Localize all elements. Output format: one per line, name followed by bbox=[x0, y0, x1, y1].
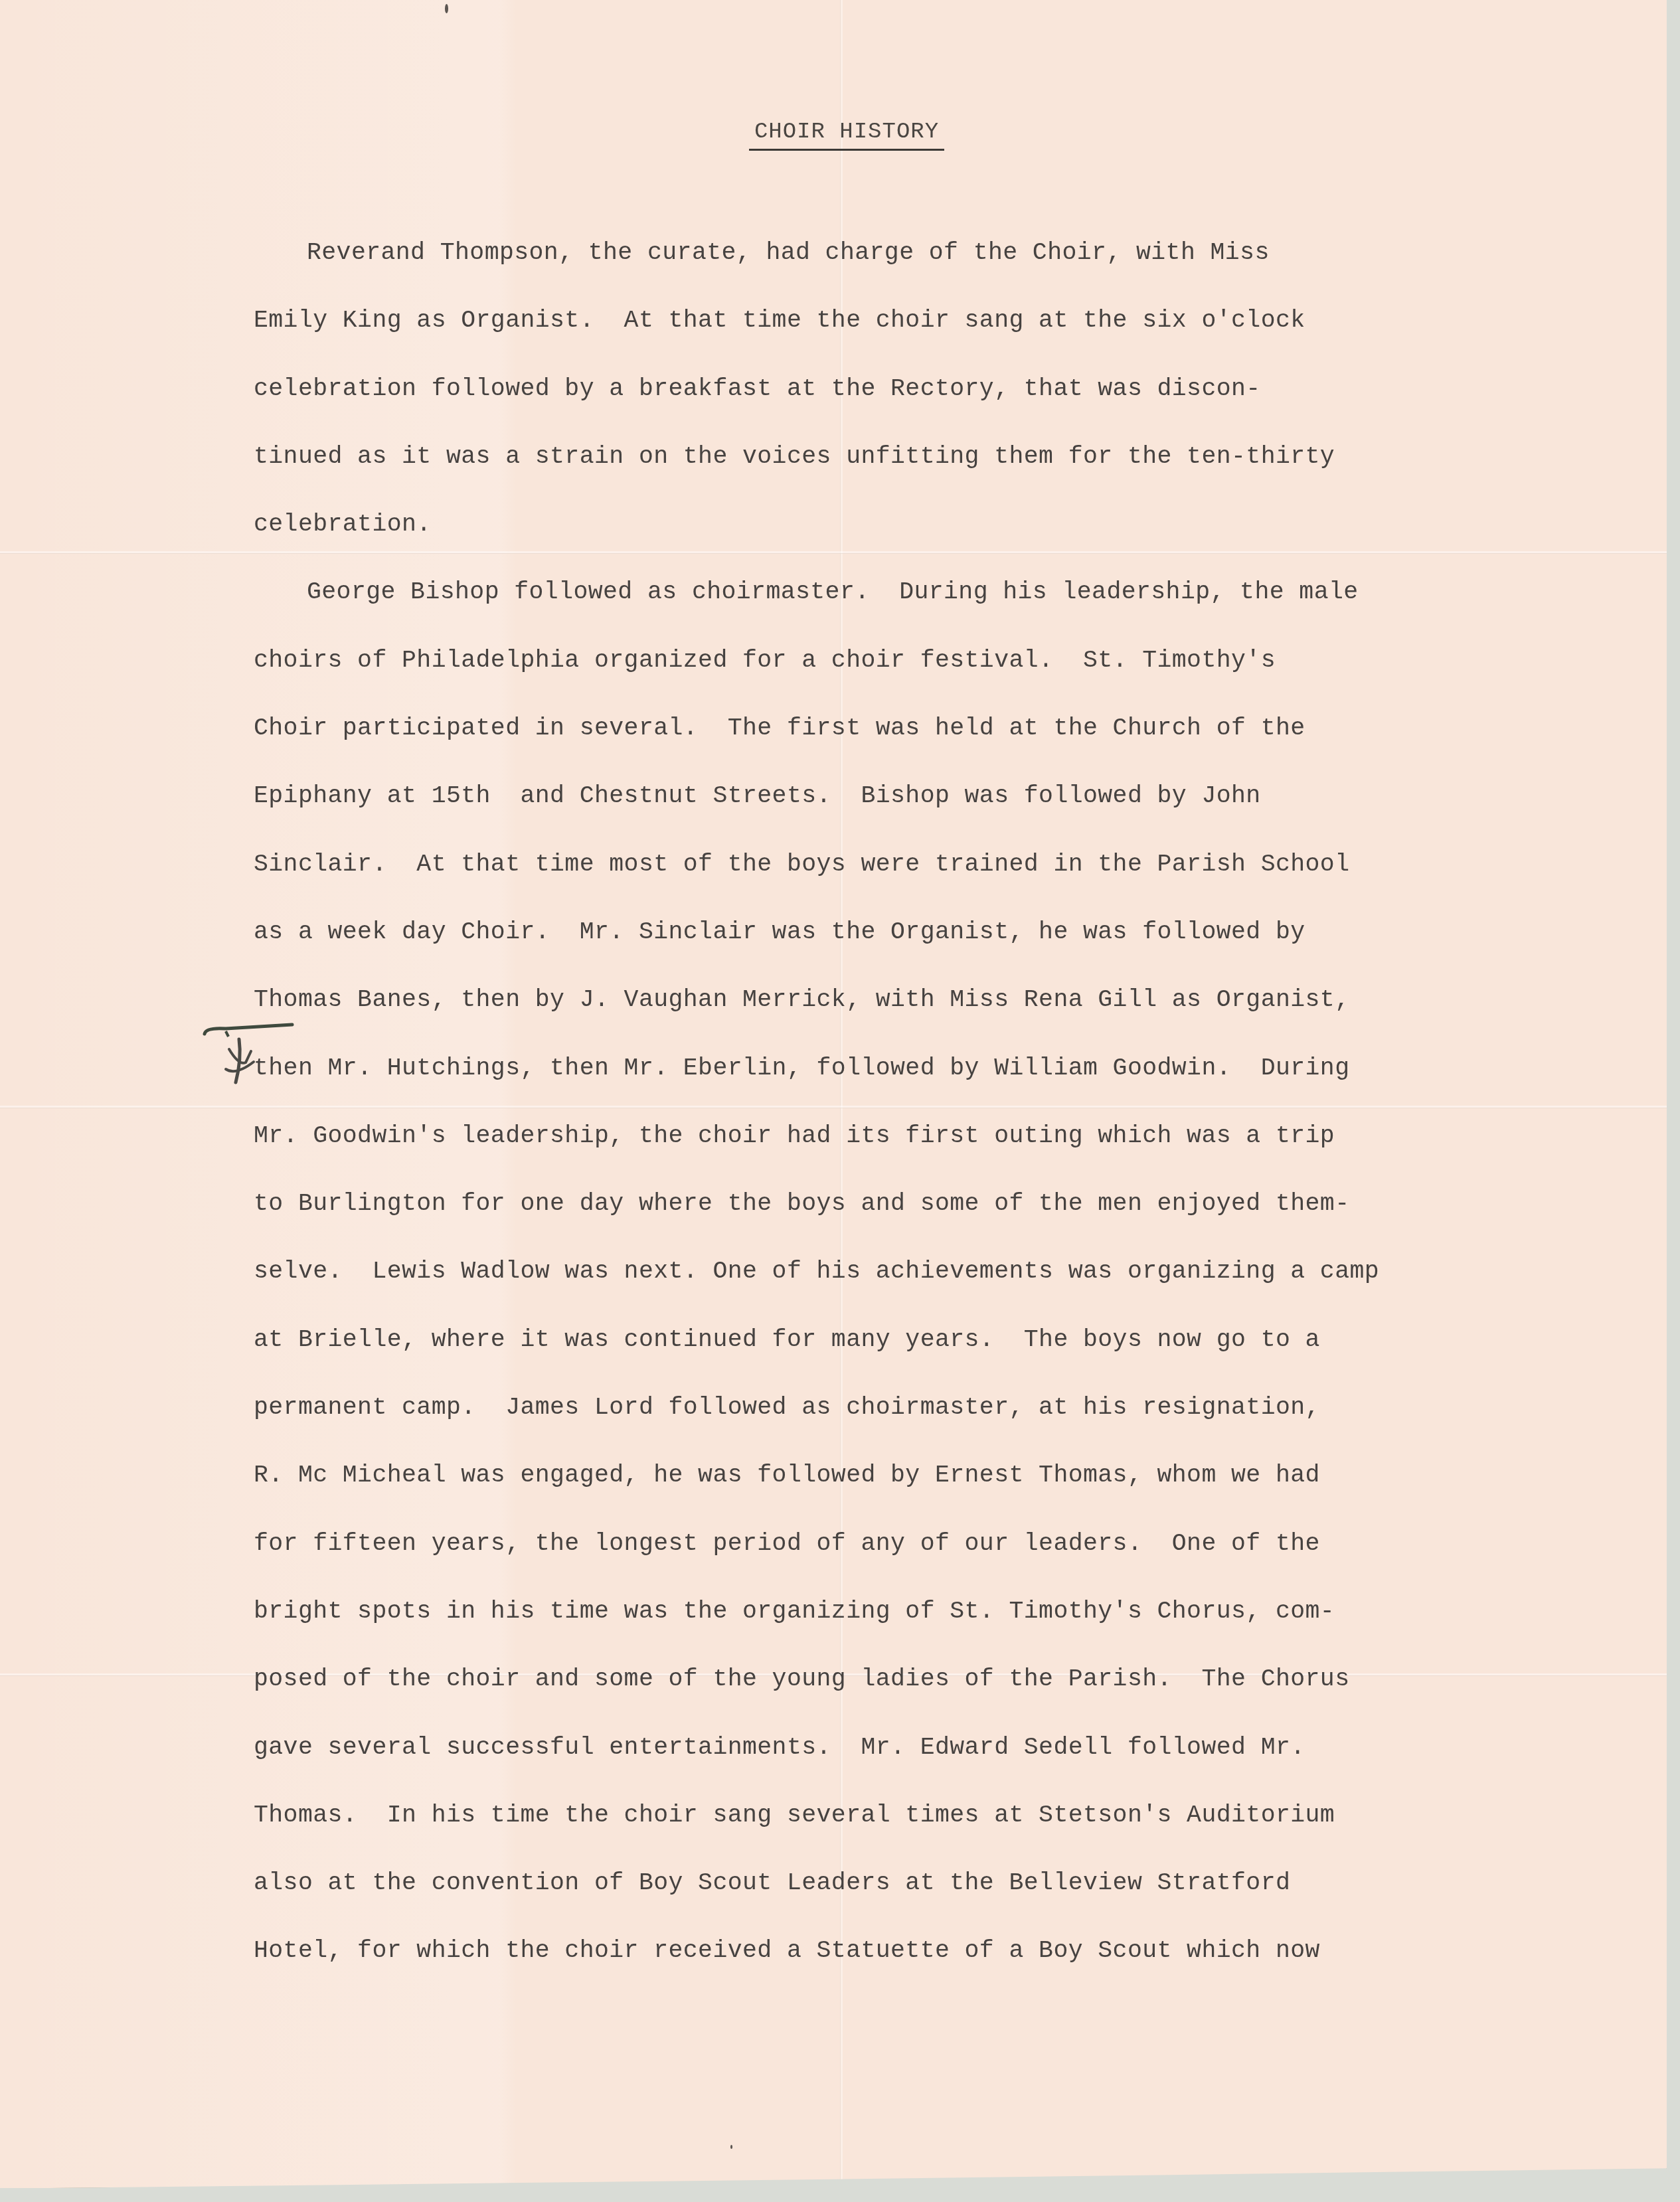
text-line: posed of the choir and some of the young… bbox=[254, 1646, 1515, 1713]
text-line: then Mr. Hutchings, then Mr. Eberlin, fo… bbox=[254, 1035, 1515, 1102]
text-line: Emily King as Organist. At that time the… bbox=[254, 287, 1515, 355]
ink-speck bbox=[730, 2145, 732, 2149]
ink-speck bbox=[445, 4, 448, 13]
typewritten-page: CHOIR HISTORY Reverand Thompson, the cur… bbox=[0, 0, 1667, 2188]
text-line: choirs of Philadelphia organized for a c… bbox=[254, 627, 1515, 695]
text-line: bright spots in his time was the organiz… bbox=[254, 1578, 1515, 1646]
paragraph-2: George Bishop followed as choirmaster. D… bbox=[254, 558, 1515, 1985]
document-title: CHOIR HISTORY bbox=[0, 120, 1667, 151]
text-line: R. Mc Micheal was engaged, he was follow… bbox=[254, 1442, 1515, 1509]
text-line: also at the convention of Boy Scout Lead… bbox=[254, 1849, 1515, 1917]
text-line: Thomas Banes, then by J. Vaughan Merrick… bbox=[254, 966, 1515, 1034]
text-line: celebration. bbox=[254, 491, 1515, 558]
text-line: gave several successful entertainments. … bbox=[254, 1714, 1515, 1782]
text-line: Hotel, for which the choir received a St… bbox=[254, 1917, 1515, 1985]
text-line: as a week day Choir. Mr. Sinclair was th… bbox=[254, 898, 1515, 966]
text-line: Thomas. In his time the choir sang sever… bbox=[254, 1782, 1515, 1849]
text-line: George Bishop followed as choirmaster. D… bbox=[254, 558, 1515, 626]
text-line: tinued as it was a strain on the voices … bbox=[254, 423, 1515, 491]
text-line: celebration followed by a breakfast at t… bbox=[254, 355, 1515, 423]
text-line: Reverand Thompson, the curate, had charg… bbox=[254, 219, 1515, 287]
title-text: CHOIR HISTORY bbox=[749, 120, 944, 151]
text-line: permanent camp. James Lord followed as c… bbox=[254, 1374, 1515, 1442]
document-body: Reverand Thompson, the curate, had charg… bbox=[254, 219, 1515, 1986]
text-line: at Brielle, where it was continued for m… bbox=[254, 1306, 1515, 1374]
text-line: Mr. Goodwin's leadership, the choir had … bbox=[254, 1102, 1515, 1170]
text-line: to Burlington for one day where the boys… bbox=[254, 1170, 1515, 1238]
text-line: Choir participated in several. The first… bbox=[254, 695, 1515, 762]
text-line: Sinclair. At that time most of the boys … bbox=[254, 831, 1515, 898]
text-line: selve. Lewis Wadlow was next. One of his… bbox=[254, 1238, 1515, 1306]
text-line: for fifteen years, the longest period of… bbox=[254, 1510, 1515, 1578]
paragraph-1: Reverand Thompson, the curate, had charg… bbox=[254, 219, 1515, 558]
text-line: Epiphany at 15th and Chestnut Streets. B… bbox=[254, 762, 1515, 830]
